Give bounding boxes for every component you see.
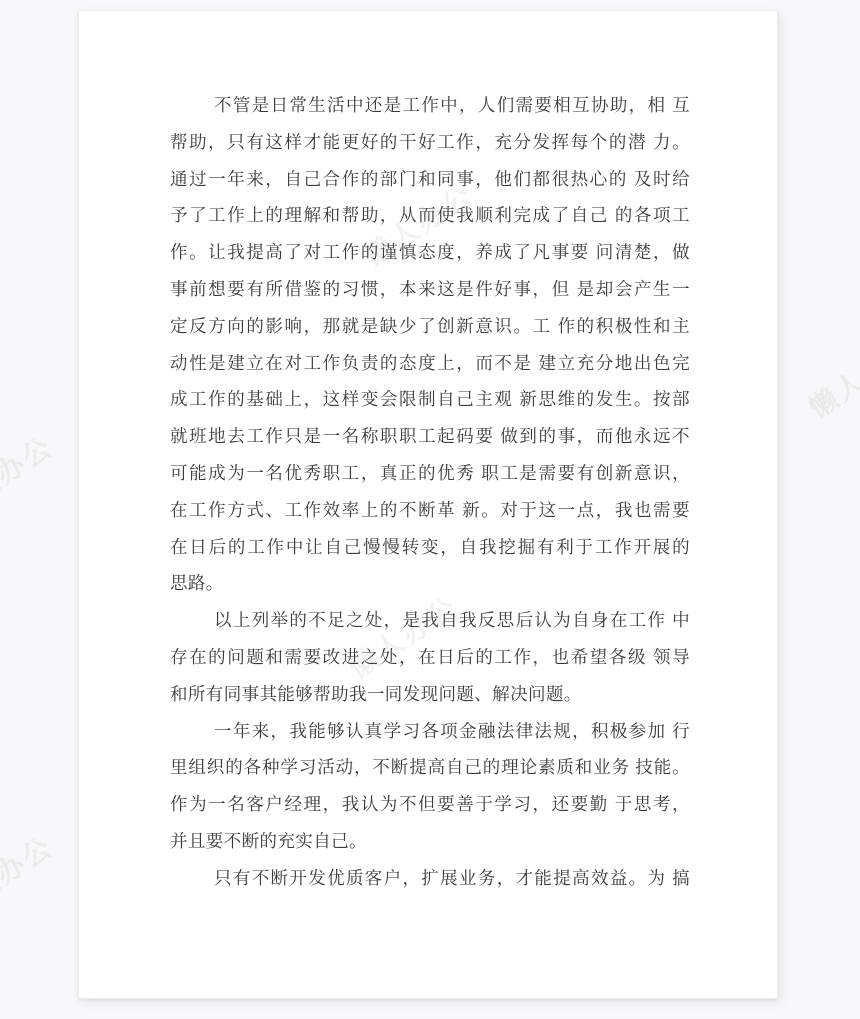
watermark-text: 懒人办公 xyxy=(0,825,61,926)
text-line: 定反方向的影响，那就是缺少了创新意识。工 作的积极性和主 xyxy=(170,308,690,345)
paragraph: 一年来，我能够认真学习各项金融法律法规，积极参加 行里组织的各种学习活动，不断提… xyxy=(170,713,690,860)
text-line: 成工作的基础上，这样变会限制自己主观 新思维的发生。按部 xyxy=(170,381,690,418)
text-line: 动性是建立在对工作负责的态度上，而不是 建立充分地出色完 xyxy=(170,345,690,382)
text-line: 可能成为一名优秀职工，真正的优秀 职工是需要有创新意识， xyxy=(170,455,690,492)
text-line: 作为一名客户经理，我认为不但要善于学习，还要勤 于思考， xyxy=(170,786,690,823)
text-line: 以上列举的不足之处，是我自我反思后认为自身在工作 中 xyxy=(170,602,690,639)
text-line: 在工作方式、工作效率上的不断革 新。对于这一点，我也需要 xyxy=(170,492,690,529)
paragraph: 不管是日常生活中还是工作中，人们需要相互协助，相 互帮助，只有这样才能更好的干好… xyxy=(170,87,690,602)
text-line: 事前想要有所借鉴的习惯，本来这是件好事，但 是却会产生一 xyxy=(170,271,690,308)
text-line: 帮助，只有这样才能更好的干好工作，充分发挥每个的潜 力。 xyxy=(170,124,690,161)
text-line: 予了工作上的理解和帮助，从而使我顺利完成了自己 的各项工 xyxy=(170,197,690,234)
text-line: 并且要不断的充实自己。 xyxy=(170,823,690,860)
text-line: 一年来，我能够认真学习各项金融法律法规，积极参加 行 xyxy=(170,713,690,750)
text-line: 和所有同事其能够帮助我一同发现问题、解决问题。 xyxy=(170,676,690,713)
watermark-text: 懒人办公 xyxy=(0,425,61,526)
text-line: 只有不断开发优质客户，扩展业务，才能提高效益。为 搞 xyxy=(170,860,690,897)
text-line: 存在的问题和需要改进之处，在日后的工作，也希望各级 领导 xyxy=(170,639,690,676)
paragraph: 以上列举的不足之处，是我自我反思后认为自身在工作 中存在的问题和需要改进之处，在… xyxy=(170,602,690,712)
text-line: 就班地去工作只是一名称职职工起码要 做到的事，而他永远不 xyxy=(170,418,690,455)
text-line: 通过一年来，自己合作的部门和同事，他们都很热心的 及时给 xyxy=(170,161,690,198)
paragraph: 只有不断开发优质客户，扩展业务，才能提高效益。为 搞 xyxy=(170,860,690,897)
text-line: 思路。 xyxy=(170,565,690,602)
text-line: 作。让我提高了对工作的谨慎态度，养成了凡事要 问清楚，做 xyxy=(170,234,690,271)
document-page: 不管是日常生活中还是工作中，人们需要相互协助，相 互帮助，只有这样才能更好的干好… xyxy=(78,10,778,999)
text-line: 不管是日常生活中还是工作中，人们需要相互协助，相 互 xyxy=(170,87,690,124)
text-line: 里组织的各种学习活动，不断提高自己的理论素质和业务 技能。 xyxy=(170,749,690,786)
document-body: 不管是日常生活中还是工作中，人们需要相互协助，相 互帮助，只有这样才能更好的干好… xyxy=(170,87,690,897)
text-line: 在日后的工作中让自己慢慢转变，自我挖掘有利于工作开展的 xyxy=(170,529,690,566)
watermark-text: 懒人办公 xyxy=(800,325,860,426)
